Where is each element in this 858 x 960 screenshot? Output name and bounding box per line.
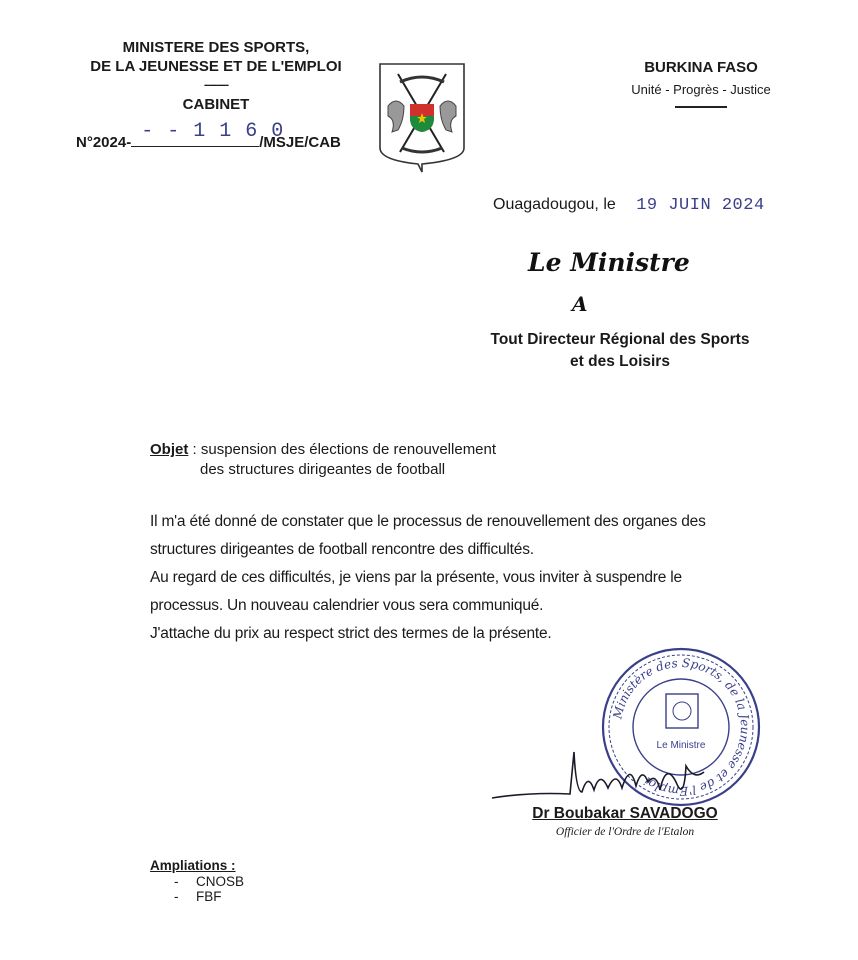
date-stamp: 19 JUIN 2024 — [636, 196, 764, 215]
ref-prefix: N°2024- — [76, 134, 131, 151]
signatory-name: Dr Boubakar SAVADOGO — [520, 804, 730, 824]
country-block: BURKINA FASO Unité - Progrès - Justice — [600, 58, 802, 108]
ampliations: Ampliations : -CNOSB -FBF — [150, 858, 244, 904]
recipient-line-2: et des Loisirs — [472, 351, 768, 373]
date-line: Ouagadougou, le 19 JUIN 2024 — [493, 196, 765, 215]
body-line: structures dirigeantes de football renco… — [150, 536, 830, 564]
body-line: Au regard de ces difficultés, je viens p… — [150, 564, 830, 592]
ref-blank: - - 1 1 6 0 — [131, 132, 259, 147]
country-motto: Unité - Progrès - Justice — [600, 80, 802, 100]
reference-number: N°2024-- - 1 1 6 0/MSJE/CAB — [76, 132, 341, 151]
ministry-line-2: DE LA JEUNESSE ET DE L'EMPLOI — [66, 57, 366, 76]
ampliation-item: -CNOSB — [150, 874, 244, 889]
recipient: Tout Directeur Régional des Sports et de… — [472, 329, 768, 373]
signatory-title: Officier de l'Ordre de l'Etalon — [520, 824, 730, 840]
ampliation-item: -FBF — [150, 889, 244, 904]
motto-underline — [675, 106, 727, 108]
burkina-coat-of-arms-icon — [374, 60, 470, 176]
cabinet-label: CABINET — [66, 95, 366, 114]
header-separator: --------- — [66, 76, 366, 95]
ampliations-label: Ampliations : — [150, 858, 244, 874]
signature-icon — [490, 742, 720, 812]
country-name: BURKINA FASO — [600, 58, 802, 78]
body-line: Il m'a été donné de constater que le pro… — [150, 508, 830, 536]
subject-label: Objet — [150, 441, 188, 458]
to-word: A — [572, 292, 588, 316]
ministry-name: MINISTERE DES SPORTS, DE LA JEUNESSE ET … — [66, 38, 366, 76]
subject: Objet : suspension des élections de reno… — [150, 440, 496, 480]
subject-line-2: des structures dirigeantes de football — [150, 460, 496, 480]
date-place: Ouagadougou, le — [493, 196, 616, 213]
ministry-line-1: MINISTERE DES SPORTS, — [66, 38, 366, 57]
recipient-line-1: Tout Directeur Régional des Sports — [472, 329, 768, 351]
sender-title: Le Ministre — [528, 248, 690, 277]
signatory: Dr Boubakar SAVADOGO Officier de l'Ordre… — [520, 804, 730, 840]
letter-body: Il m'a été donné de constater que le pro… — [150, 508, 830, 648]
body-line: processus. Un nouveau calendrier vous se… — [150, 592, 830, 620]
subject-line-1: : suspension des élections de renouvelle… — [193, 441, 497, 458]
ref-number-stamp: - - 1 1 6 0 — [141, 120, 284, 143]
